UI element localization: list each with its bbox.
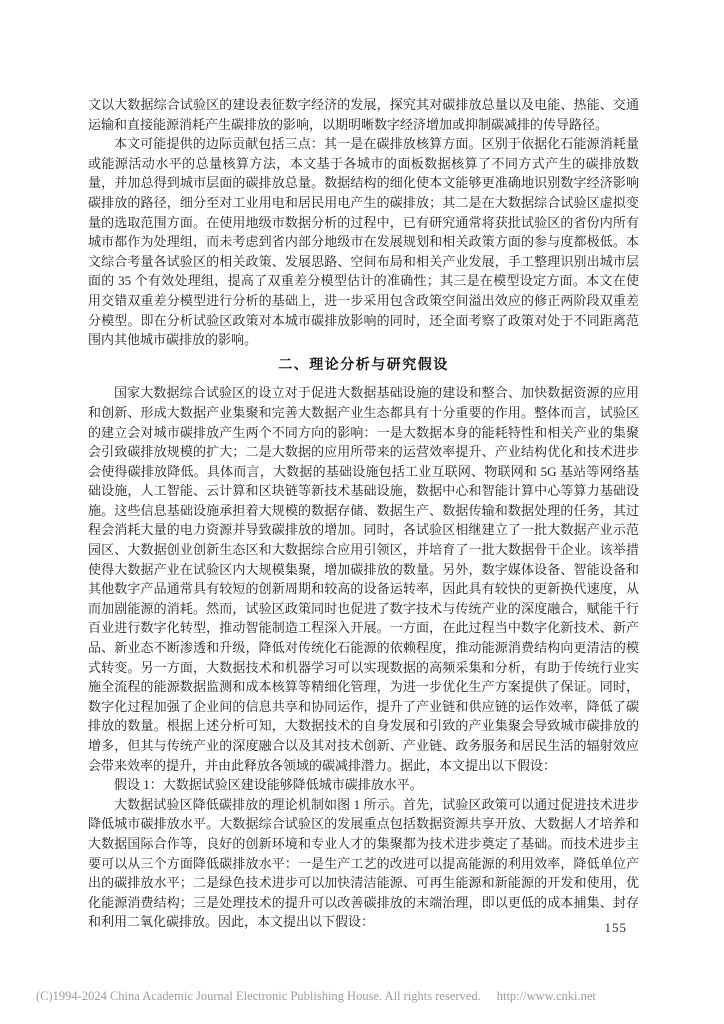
page-content: 文以大数据综合试验区的建设表征数字经济的发展，探究其对碳排放总量以及电能、热能、… [88, 95, 639, 932]
hypothesis-1: 假设 1：大数据试验区建设能够降低城市碳排放水平。 [88, 775, 639, 795]
page-number: 155 [605, 920, 628, 936]
copyright-footer: (C)1994-2024 China Academic Journal Elec… [36, 989, 696, 1004]
cnki-url-link[interactable]: http://www.cnki.net [497, 989, 596, 1003]
section-heading: 二、理论分析与研究假设 [88, 356, 639, 376]
paper-page: 文以大数据综合试验区的建设表征数字经济的发展，探究其对碳排放总量以及电能、热能、… [0, 0, 724, 1024]
paragraph-mechanism: 大数据试验区降低碳排放的理论机制如图 1 所示。首先，试验区政策可以通过促进技术… [88, 795, 639, 932]
paragraph-contributions: 本文可能提供的边际贡献包括三点：其一是在碳排放核算方面。区别于依据化石能源消耗量… [88, 134, 639, 350]
paragraph-continuation: 文以大数据综合试验区的建设表征数字经济的发展，探究其对碳排放总量以及电能、热能、… [88, 95, 639, 134]
copyright-text: (C)1994-2024 China Academic Journal Elec… [36, 989, 481, 1003]
paragraph-theory: 国家大数据综合试验区的设立对于促进大数据基础设施的建设和整合、加快数据资源的应用… [88, 383, 639, 775]
